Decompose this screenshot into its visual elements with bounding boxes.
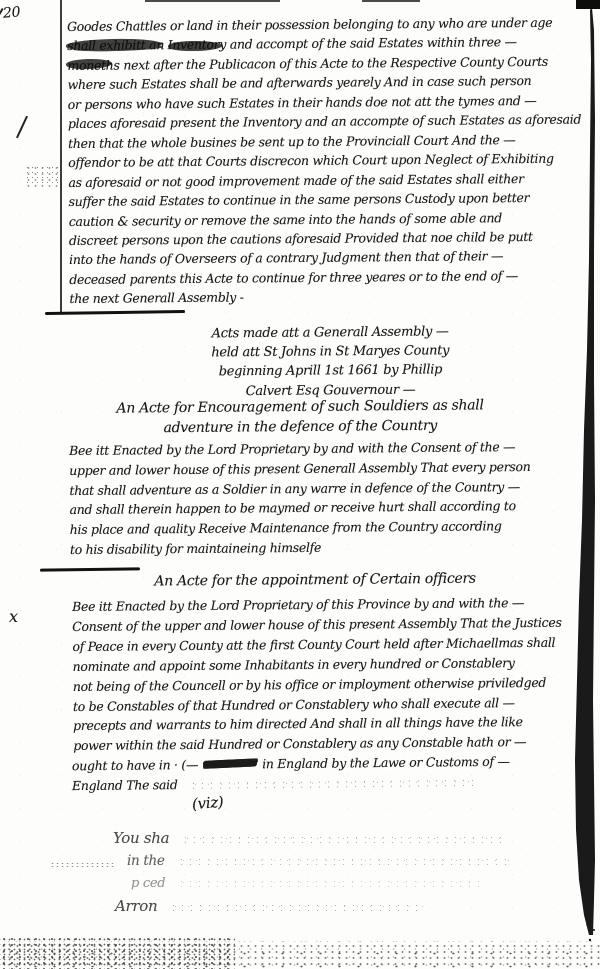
act-souldiers-text: Bee itt Enacted by the Lord Proprietary … (69, 437, 531, 560)
faded-dash-mark (50, 862, 114, 868)
manuscript-page: 20 x Goodes Chattles or land in their po… (0, 0, 600, 969)
scan-bottom-noise-dense (0, 938, 235, 969)
faded-line-4: Arron (115, 897, 424, 915)
faded-ink-trail (169, 903, 424, 912)
text-line: his place and quality Receive Maintenanc… (70, 516, 531, 540)
margin-stroke-mark (16, 116, 28, 139)
margin-x-mark: x (9, 607, 18, 626)
faded-line-3-text: p ced (131, 876, 165, 891)
england-line-text: England The said (72, 777, 178, 793)
struck-out-word (203, 758, 257, 768)
struck-line-pre: ought to have in · (— (72, 757, 198, 773)
text-line: to his disability for maintaineing himse… (70, 536, 531, 560)
faded-line-2-text: in the (127, 853, 165, 869)
scan-edge-artifact (362, 0, 420, 2)
faded-ink-trail (189, 778, 479, 790)
text-line: An Acte for Encouragement of such Souldi… (70, 396, 530, 420)
margin-speckles (25, 165, 61, 187)
scan-edge-band (570, 0, 600, 945)
faded-line-4-text: Arron (115, 897, 157, 915)
text-line: power within the said Hundred or Constab… (73, 732, 562, 756)
struck-line-post: in England by the Lawe or Customs of — (262, 754, 510, 772)
act-souldiers-title: An Acte for Encouragement of such Souldi… (70, 396, 530, 439)
page-number: 20 (2, 4, 21, 21)
england-line: England The said (72, 774, 480, 793)
faded-ink-trail (181, 835, 501, 844)
section-divider (40, 567, 140, 571)
faded-ink-trail (177, 857, 512, 866)
struck-word-line: ought to have in · (—in England by the L… (72, 754, 510, 774)
act-officers-text: Bee itt Enacted by the Lord Proprietary … (72, 593, 563, 757)
scan-edge-artifact (145, 0, 280, 2)
faded-line-2: in the (127, 853, 512, 869)
left-margin-rule (60, 0, 62, 313)
section-divider (45, 310, 185, 315)
assembly-heading: Acts made att a Generall Assembly —held … (140, 322, 521, 402)
act-continuation-text: Goodes Chattles or land in their possess… (67, 13, 583, 309)
faded-line-1: You sha (113, 829, 501, 847)
viz-mark: (viz) (191, 793, 224, 813)
faded-ink-trail (177, 879, 482, 888)
faded-line-3: p ced (131, 876, 482, 891)
text-line: the next Generall Assembly - (69, 285, 582, 309)
text-line: adventure in the defence of the Country (70, 415, 530, 439)
act-officers-title: An Acte for the appointment of Certain o… (95, 570, 535, 590)
faded-line-1-text: You sha (113, 829, 169, 847)
